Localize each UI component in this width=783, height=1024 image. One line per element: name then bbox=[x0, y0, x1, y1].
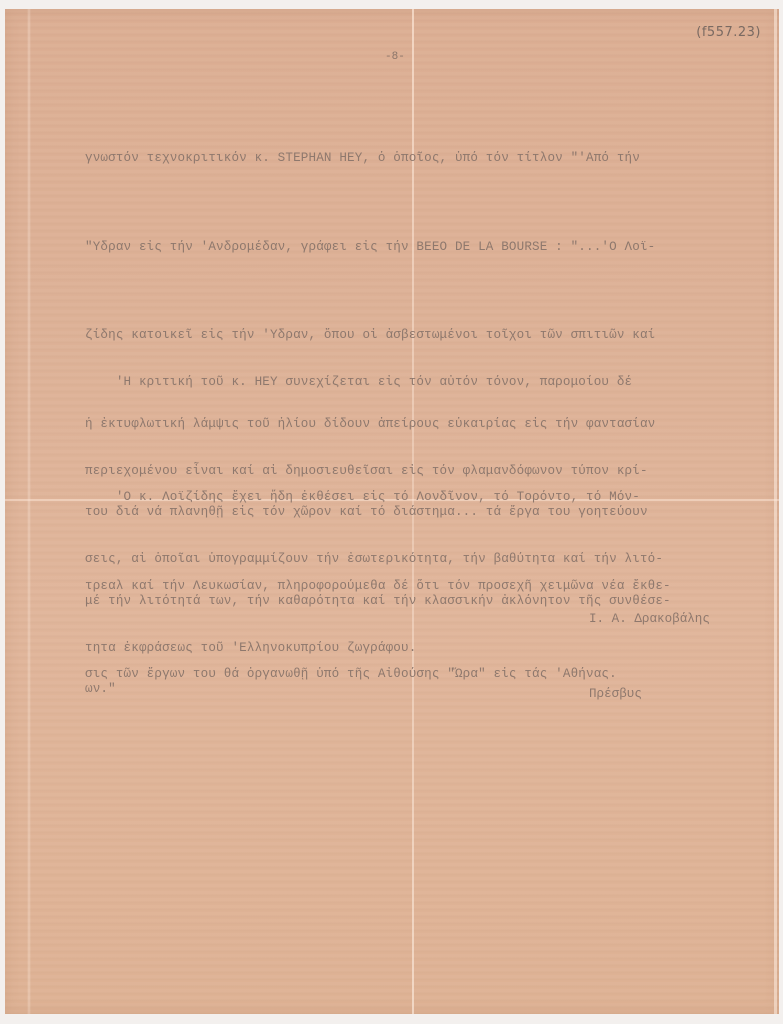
signatory-title: Πρέσβυς bbox=[589, 682, 710, 707]
text-line: 'Η κριτική τοῦ κ. HEY συνεχίζεται εἰς τό… bbox=[85, 368, 663, 398]
text-line: σις τῶν ἔργων του θά ὀργανωθῇ ὑπό τῆς Αἰ… bbox=[85, 660, 671, 690]
scanned-page: (f557.23) -8- γνωστόν τεχνοκριτικόν κ. S… bbox=[0, 0, 783, 1024]
typewritten-letter-sheet: (f557.23) -8- γνωστόν τεχνοκριτικόν κ. S… bbox=[5, 9, 779, 1014]
text-line: "Υδραν εἰς τήν 'Ανδρομέδαν, γράφει εἰς τ… bbox=[85, 233, 671, 263]
paragraph-exhibitions: 'Ο κ. Λοϊζίδης ἔχει ἤδη ἐκθέσει εἰς τό Λ… bbox=[85, 424, 671, 749]
archive-reference-number: (f557.23) bbox=[696, 25, 761, 40]
signatory-name: Ι. Α. Δρακοβάλης bbox=[589, 607, 710, 632]
text-line: γνωστόν τεχνοκριτικόν κ. STEPHAN HEY, ὁ … bbox=[85, 144, 671, 174]
signature-block: Ι. Α. Δρακοβάλης Πρέσβυς bbox=[589, 557, 710, 757]
text-line: τρεαλ καί τήν Λευκωσίαν, πληροφορούμεθα … bbox=[85, 572, 671, 602]
page-number: -8- bbox=[385, 51, 405, 63]
text-line: 'Ο κ. Λοϊζίδης ἔχει ἤδη ἐκθέσει εἰς τό Λ… bbox=[85, 483, 671, 513]
right-paper-edge bbox=[774, 9, 777, 1014]
